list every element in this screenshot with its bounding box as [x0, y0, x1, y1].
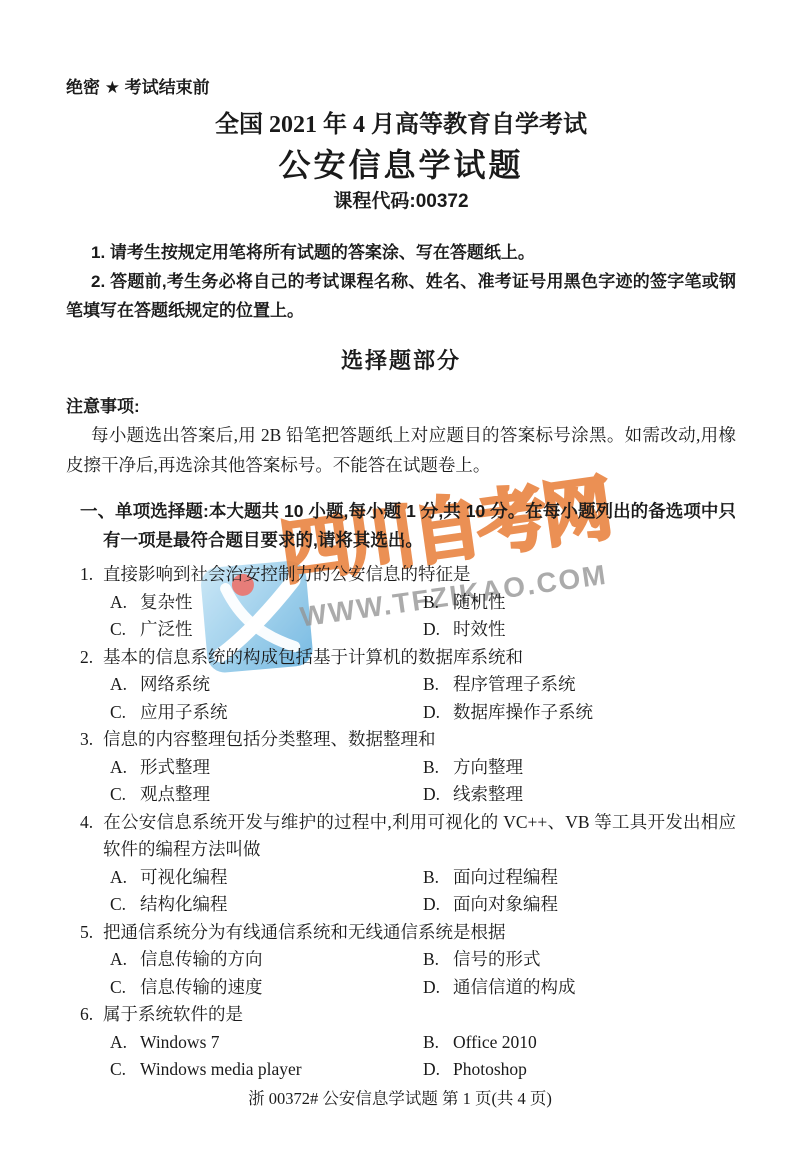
option-c-text: Windows media player [140, 1059, 302, 1079]
page-footer: 浙 00372# 公安信息学试题 第 1 页(共 4 页) [0, 1088, 800, 1110]
option-c: C.信息传输的速度 [110, 974, 423, 1002]
question-stem: 1.直接影响到社会治安控制力的公安信息的特征是 [66, 561, 736, 589]
option-c-label: C. [110, 891, 140, 919]
option-c-text: 观点整理 [140, 784, 210, 804]
option-b-label: B. [423, 589, 453, 617]
instruction-item-2: 2. 答题前,考生务必将自己的考试课程名称、姓名、准考证号用黑色字迹的签字笔或钢… [66, 267, 736, 325]
option-d-label: D. [423, 616, 453, 644]
option-a-label: A. [110, 1029, 140, 1057]
option-c-text: 结构化编程 [140, 894, 228, 914]
option-b-label: B. [423, 671, 453, 699]
option-d-label: D. [423, 1056, 453, 1084]
option-b-label: B. [423, 864, 453, 892]
option-d-label: D. [423, 891, 453, 919]
page-content: 绝密 ★ 考试结束前 全国 2021 年 4 月高等教育自学考试 公安信息学试题… [0, 0, 800, 1084]
option-a-label: A. [110, 754, 140, 782]
question: 3.信息的内容整理包括分类整理、数据整理和 A.形式整理 B.方向整理 C.观点… [66, 726, 736, 809]
option-a-text: 信息传输的方向 [140, 949, 263, 969]
classification-label: 绝密 ★ 考试结束前 [66, 78, 736, 98]
option-grid: A.信息传输的方向 B.信号的形式 C.信息传输的速度 D.通信信道的构成 [66, 946, 736, 1001]
question-text: 信息的内容整理包括分类整理、数据整理和 [103, 729, 436, 749]
option-b-label: B. [423, 754, 453, 782]
option-a: A.复杂性 [110, 589, 423, 617]
option-d-label: D. [423, 781, 453, 809]
option-b: B.面向过程编程 [423, 864, 736, 892]
option-d: D.数据库操作子系统 [423, 699, 736, 727]
option-b-text: 方向整理 [453, 757, 523, 777]
option-a-label: A. [110, 589, 140, 617]
question: 6.属于系统软件的是 A.Windows 7 B.Office 2010 C.W… [66, 1001, 736, 1084]
option-b-text: 信号的形式 [453, 949, 541, 969]
option-b-text: 面向过程编程 [453, 867, 558, 887]
option-a-text: 网络系统 [140, 674, 210, 694]
question-stem: 6.属于系统软件的是 [66, 1001, 736, 1029]
option-grid: A.形式整理 B.方向整理 C.观点整理 D.线索整理 [66, 754, 736, 809]
question-text: 基本的信息系统的构成包括基于计算机的数据库系统和 [103, 647, 523, 667]
option-a-text: 形式整理 [140, 757, 210, 777]
question: 2.基本的信息系统的构成包括基于计算机的数据库系统和 A.网络系统 B.程序管理… [66, 644, 736, 727]
option-grid: A.可视化编程 B.面向过程编程 C.结构化编程 D.面向对象编程 [66, 864, 736, 919]
option-a-text: 复杂性 [140, 592, 193, 612]
question-number: 4. [80, 809, 103, 837]
option-c-label: C. [110, 616, 140, 644]
option-b: B.信号的形式 [423, 946, 736, 974]
option-b-text: 程序管理子系统 [453, 674, 576, 694]
option-a-text: Windows 7 [140, 1032, 220, 1052]
option-a: A.可视化编程 [110, 864, 423, 892]
option-d-label: D. [423, 699, 453, 727]
question-number: 5. [80, 919, 103, 947]
option-a: A.形式整理 [110, 754, 423, 782]
option-d: D.线索整理 [423, 781, 736, 809]
question: 5.把通信系统分为有线通信系统和无线通信系统是根据 A.信息传输的方向 B.信号… [66, 919, 736, 1002]
question-text: 在公安信息系统开发与维护的过程中,利用可视化的 VC++、VB 等工具开发出相应… [103, 812, 736, 860]
notice-body: 每小题选出答案后,用 2B 铅笔把答题纸上对应题目的答案标号涂黑。如需改动,用橡… [66, 421, 736, 480]
question-stem: 3.信息的内容整理包括分类整理、数据整理和 [66, 726, 736, 754]
question-text: 属于系统软件的是 [103, 1004, 243, 1024]
option-b: B.Office 2010 [423, 1029, 736, 1057]
option-d-text: 线索整理 [453, 784, 523, 804]
question-stem: 2.基本的信息系统的构成包括基于计算机的数据库系统和 [66, 644, 736, 672]
option-d-text: Photoshop [453, 1059, 527, 1079]
question-number: 1. [80, 561, 103, 589]
option-a-label: A. [110, 946, 140, 974]
option-b-label: B. [423, 946, 453, 974]
option-d: D.通信信道的构成 [423, 974, 736, 1002]
option-c: C.结构化编程 [110, 891, 423, 919]
option-d: D.面向对象编程 [423, 891, 736, 919]
part-one-heading: 一、单项选择题:本大题共 10 小题,每小题 1 分,共 10 分。在每小题列出… [66, 497, 736, 554]
option-b-text: 随机性 [453, 592, 506, 612]
instruction-item-1: 1. 请考生按规定用笔将所有试题的答案涂、写在答题纸上。 [66, 238, 736, 267]
option-a: A.Windows 7 [110, 1029, 423, 1057]
option-b-label: B. [423, 1029, 453, 1057]
option-c-text: 信息传输的速度 [140, 977, 263, 997]
option-d: D.时效性 [423, 616, 736, 644]
section-title: 选择题部分 [66, 347, 736, 375]
option-b: B.随机性 [423, 589, 736, 617]
option-d-label: D. [423, 974, 453, 1002]
option-c: C.应用子系统 [110, 699, 423, 727]
option-b-text: Office 2010 [453, 1032, 537, 1052]
option-grid: A.复杂性 B.随机性 C.广泛性 D.时效性 [66, 589, 736, 644]
option-d-text: 面向对象编程 [453, 894, 558, 914]
question-stem: 5.把通信系统分为有线通信系统和无线通信系统是根据 [66, 919, 736, 947]
option-d-text: 数据库操作子系统 [453, 702, 593, 722]
option-c-text: 广泛性 [140, 619, 193, 639]
option-c-text: 应用子系统 [140, 702, 228, 722]
question-number: 6. [80, 1001, 103, 1029]
question-list: 1.直接影响到社会治安控制力的公安信息的特征是 A.复杂性 B.随机性 C.广泛… [66, 561, 736, 1084]
option-c-label: C. [110, 1056, 140, 1084]
option-b: B.程序管理子系统 [423, 671, 736, 699]
notice-heading: 注意事项: [66, 395, 736, 419]
option-grid: A.Windows 7 B.Office 2010 C.Windows medi… [66, 1029, 736, 1084]
candidate-instructions: 1. 请考生按规定用笔将所有试题的答案涂、写在答题纸上。 2. 答题前,考生务必… [66, 238, 736, 325]
option-a-text: 可视化编程 [140, 867, 228, 887]
option-a: A.信息传输的方向 [110, 946, 423, 974]
question-number: 2. [80, 644, 103, 672]
option-b: B.方向整理 [423, 754, 736, 782]
option-c-label: C. [110, 699, 140, 727]
option-c: C.广泛性 [110, 616, 423, 644]
option-grid: A.网络系统 B.程序管理子系统 C.应用子系统 D.数据库操作子系统 [66, 671, 736, 726]
option-a-label: A. [110, 671, 140, 699]
option-d-text: 时效性 [453, 619, 506, 639]
exam-session-title: 全国 2021 年 4 月高等教育自学考试 [66, 110, 736, 140]
question-number: 3. [80, 726, 103, 754]
option-c: C.观点整理 [110, 781, 423, 809]
question-text: 直接影响到社会治安控制力的公安信息的特征是 [103, 564, 471, 584]
paper-title: 公安信息学试题 [66, 146, 736, 184]
exam-paper-page: 四川自考网 WWW.TFZIKAO.COM 绝密 ★ 考试结束前 全国 2021… [0, 0, 800, 1168]
option-c: C.Windows media player [110, 1056, 423, 1084]
question: 4.在公安信息系统开发与维护的过程中,利用可视化的 VC++、VB 等工具开发出… [66, 809, 736, 919]
question-stem: 4.在公安信息系统开发与维护的过程中,利用可视化的 VC++、VB 等工具开发出… [66, 809, 736, 864]
option-a: A.网络系统 [110, 671, 423, 699]
option-d-text: 通信信道的构成 [453, 977, 576, 997]
option-c-label: C. [110, 974, 140, 1002]
course-code: 课程代码:00372 [66, 190, 736, 214]
option-d: D.Photoshop [423, 1056, 736, 1084]
question-text: 把通信系统分为有线通信系统和无线通信系统是根据 [103, 922, 506, 942]
question: 1.直接影响到社会治安控制力的公安信息的特征是 A.复杂性 B.随机性 C.广泛… [66, 561, 736, 644]
option-c-label: C. [110, 781, 140, 809]
option-a-label: A. [110, 864, 140, 892]
